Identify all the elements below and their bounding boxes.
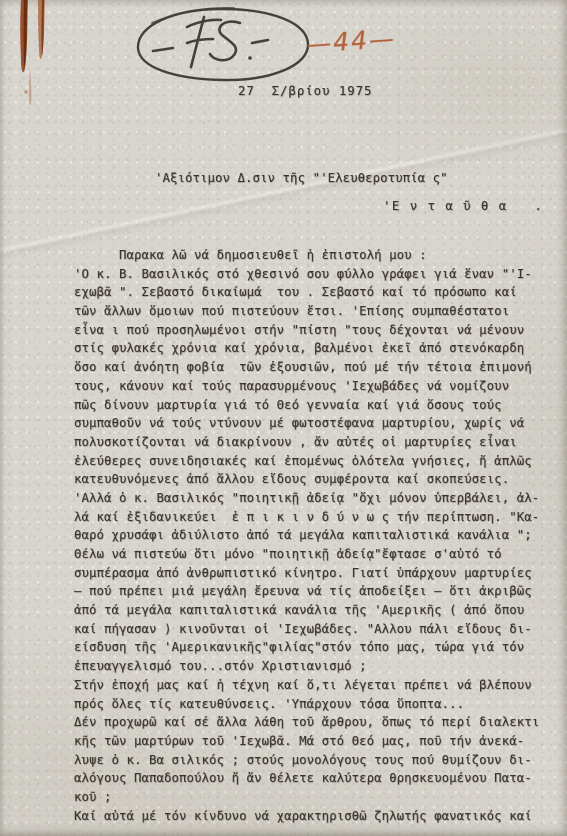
typed-date: 27 Σ/βρίου 1975: [238, 84, 372, 98]
typed-line: εχωβᾶ ". Σεβαστό δικαίωμά του . Σεβαστό …: [74, 283, 554, 302]
letter-body: Παρακα λῶ νά δημοσιευθεῖ ἡ ἐπιστολή μου …: [74, 246, 554, 825]
typed-line: Θέλω νά πιστεύω ὅτι μόνο "ποιητικῇ ἀδείᾳ…: [74, 545, 554, 564]
typed-line: ἐπευαγγελισμό του...στόν Χριστιανισμό ;: [74, 657, 554, 676]
typed-line: τῶν ἄλλων ὅμοιων πού πιστεύουν ἔτσι. 'Επ…: [74, 302, 554, 321]
typed-line: πολυσκοτίζονται νά διακρίνουν , ἄν αὐτές…: [74, 433, 554, 452]
typed-line: κοῦ ;: [74, 788, 554, 807]
typed-line: Δέν προχωρῶ καί σέ ἄλλα λάθη τοῦ ἄρθρου,…: [74, 713, 554, 732]
typed-line: ἀπό τά μεγάλα καπιταλιστικά κανάλια τῆς …: [74, 601, 554, 620]
typed-line: είσδυση τῆς 'Αμερικανικῆς"φιλίας"στόν τό…: [74, 638, 554, 657]
location-line: 'Ε ν τ α ῦ θ α .: [383, 199, 543, 213]
typed-line: λά καί ἐξιδανικεύει ἐ π ι κ ι ν δ ύ ν ω …: [74, 508, 554, 527]
typed-line: αλόγους Παπαδοπούλου ἤ ἄν θέλετε καλύτερ…: [74, 769, 554, 788]
typed-line: θαρό χρυσάφι ἀδιύλιστο ἀπό τά μεγάλα καπ…: [74, 526, 554, 545]
monogram-text: [153, 17, 268, 67]
recipient-line: 'Αξιότιμον Δ.σιν τῆς "'Ελευθεροτυπία ς": [155, 171, 448, 185]
fs-monogram-annotation: [128, 2, 328, 92]
typed-line: κῆς τῶν μαρτύρων τοῦ 'Ιεχωβᾶ. Μά στό Θεό…: [74, 732, 554, 751]
typed-line: ὅσο καί ἀνόητη φοβία τῶν ἐξουσιῶν, πού μ…: [74, 358, 554, 377]
typed-line: στίς φυλακές χρόνια καί χρόνια, βαλμένοι…: [74, 339, 554, 358]
typed-line: Παρακα λῶ νά δημοσιευθεῖ ἡ ἐπιστολή μου …: [74, 246, 554, 265]
typed-line: καί πήγασαν ) κινοῦνται οἱ 'Ιεχωβάδες. "…: [74, 620, 554, 639]
typed-line: συμπαθοῦν νά τούς ντύνουν μέ φωτοστέφανα…: [74, 414, 554, 433]
glue-stain-marks: [0, 0, 70, 120]
typed-line: 'Ο κ. Β. Βασιλικός στό χθεσινό σου φύλλο…: [74, 265, 554, 284]
typed-line: κατευθυνόμενες ἀπό ἄλλου εἴδους συμφέρον…: [74, 470, 554, 489]
typed-line: ἐλεύθερες συνειδησιακές καί ἐπομένως ὁλό…: [74, 452, 554, 471]
typed-line: Στήν ἐποχή μας καί ἡ τέχνη καί ὅ,τι λέγε…: [74, 676, 554, 695]
monogram-ellipse: [138, 9, 308, 80]
typed-line: 'Αλλά ὁ κ. Βασιλικός "ποιητικῇ ἀδείᾳ "ὄχ…: [74, 489, 554, 508]
typed-line: λυψε ὁ κ. Βα σιλικός ; στούς μονολόγους …: [74, 751, 554, 770]
page-number-annotation: —44—: [305, 22, 417, 59]
typed-line: πρός ὅλες τίς κατευθύνσεις. 'Υπάρχουν τό…: [74, 695, 554, 714]
typed-line: — πού πρέπει μιά μεγάλη ἔρευνα νά τίς ἀπ…: [74, 582, 554, 601]
typed-line: τους, κάνουν καί τούς παρασυρμένους 'Ιεχ…: [74, 377, 554, 396]
typed-line: συμπέρασμα ἀπό ἀνθρωπιστικό κίνητρο. Για…: [74, 564, 554, 583]
typed-line: εἶνα ι πού προσηλωμένοι στήν "πίστη "του…: [74, 321, 554, 340]
typed-line: πῶς δίνουν μαρτυρία γιά τό Θεό γενναία κ…: [74, 396, 554, 415]
scanned-letter-page: —44— 27 Σ/βρίου 1975 'Αξιότιμον Δ.σιν τῆ…: [0, 0, 567, 836]
typed-line: Καί αὐτά μέ τόν κίνδυνο νά χαρακτηρισθῶ …: [74, 807, 554, 826]
